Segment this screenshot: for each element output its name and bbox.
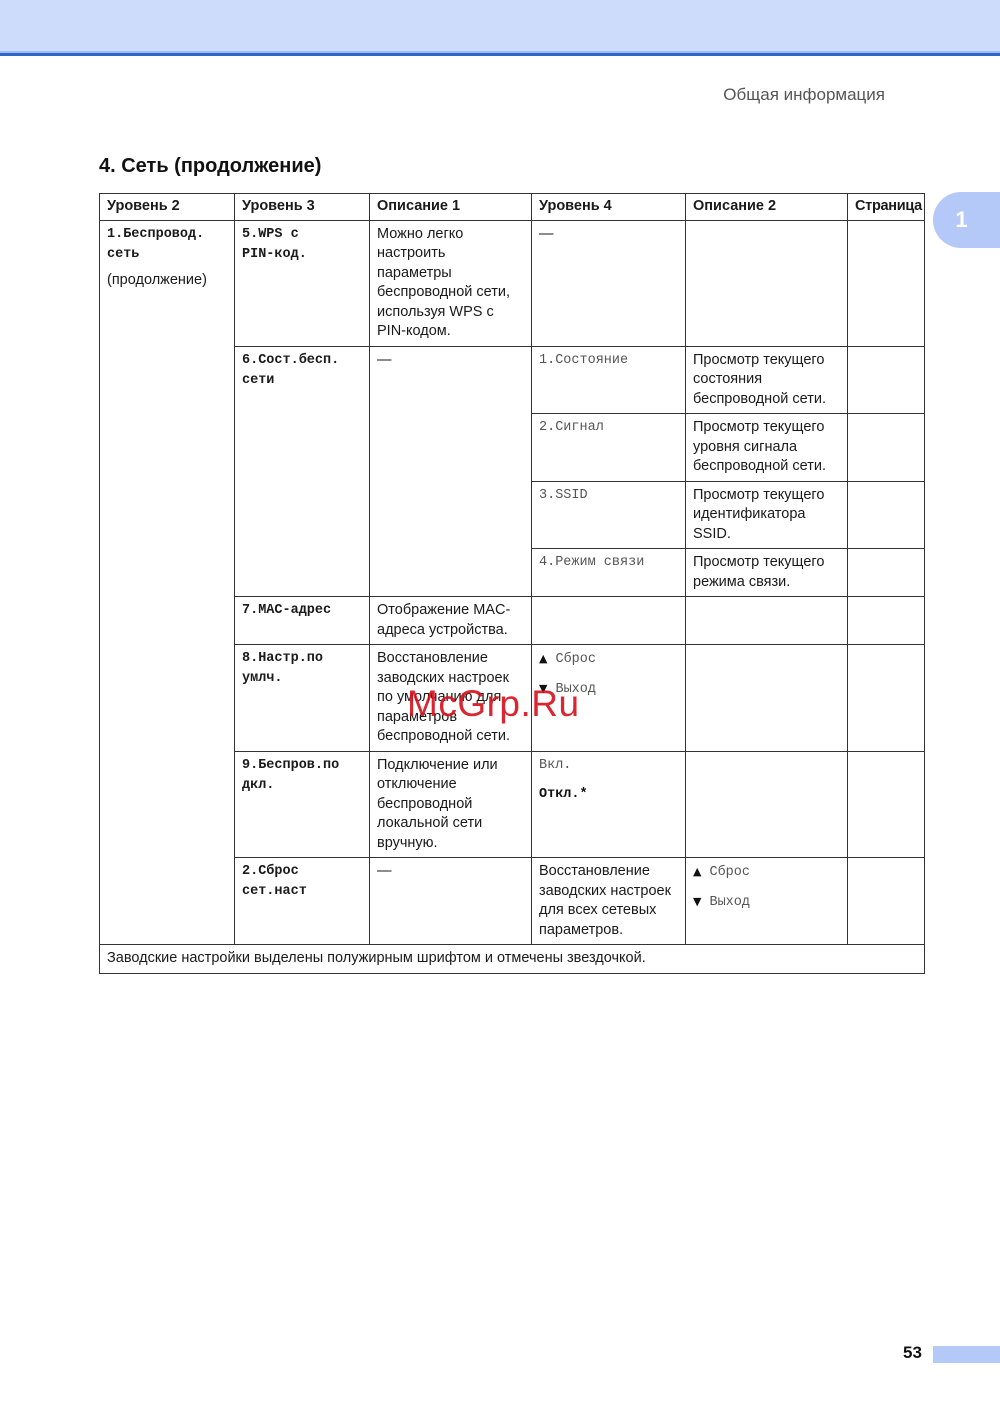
description-wlan-enable: Подключение или отключение беспроводной … [370, 751, 532, 858]
options-network-reset: ▲Сброс ▼Выход [686, 858, 848, 945]
description-mac-address: Отображение MAC-адреса устройства. [370, 597, 532, 645]
page-mac-address [848, 597, 925, 645]
table-footnote: Заводские настройки выделены полужирным … [100, 945, 925, 974]
table-header-row: Уровень 2 Уровень 3 Описание 1 Уровень 4… [100, 194, 925, 221]
menu-item-mac-address: 7.MAC-адрес [235, 597, 370, 645]
description-wlan-status: — [370, 346, 532, 597]
description2-signal: Просмотр текущего уровня сигнала беспров… [686, 414, 848, 482]
section-title: 4. Сеть (продолжение) [99, 155, 321, 178]
submenu-item-status: 1.Состояние [532, 346, 686, 414]
arrow-up-icon: ▲ [693, 865, 701, 878]
submenu-item-ssid: 3.SSID [532, 481, 686, 549]
column-header-level4: Уровень 4 [532, 194, 686, 221]
column-header-level2: Уровень 2 [100, 194, 235, 221]
arrow-down-icon: ▼ [693, 895, 701, 908]
page-ssid [848, 481, 925, 549]
menu-item-wps-pin: 5.WPS с PIN-код. [235, 220, 370, 346]
description-wps-pin: Можно легко настроить параметры беспрово… [370, 220, 532, 346]
chapter-number: 1 [955, 207, 967, 233]
level2-cell-wireless: 1.Беспровод. сеть (продолжение) [100, 220, 235, 945]
column-header-level3: Уровень 3 [235, 194, 370, 221]
column-header-description1: Описание 1 [370, 194, 532, 221]
menu-item-wlan-enable: 9.Беспров.по дкл. [235, 751, 370, 858]
submenu-item-signal: 2.Сигнал [532, 414, 686, 482]
chapter-tab: 1 [933, 192, 1000, 248]
option-off-default: Откл.* [539, 785, 678, 805]
description2-status: Просмотр текущего состояния беспроводной… [686, 346, 848, 414]
table-row: 1.Беспровод. сеть (продолжение) 5.WPS с … [100, 220, 925, 346]
level3-network-reset: — [370, 858, 532, 945]
description-network-reset: Восстановление заводских настроек для вс… [532, 858, 686, 945]
menu-item-network-reset: 2.Сброс сет.наст [235, 858, 370, 945]
submenu-item-comm-mode: 4.Режим связи [532, 549, 686, 597]
arrow-up-icon: ▲ [539, 652, 547, 665]
description2-wps-pin [686, 220, 848, 346]
page-number: 53 [903, 1343, 922, 1363]
description2-ssid: Просмотр текущего идентификатора SSID. [686, 481, 848, 549]
options-wlan-enable: Вкл. Откл.* [532, 751, 686, 858]
menu-item-default-settings: 8.Настр.по умлч. [235, 645, 370, 752]
description2-wlan-enable [686, 751, 848, 858]
option-exit: ▼Выход [693, 892, 840, 913]
page-wps-pin [848, 220, 925, 346]
table-footnote-row: Заводские настройки выделены полужирным … [100, 945, 925, 974]
page-comm-mode [848, 549, 925, 597]
description2-default-settings [686, 645, 848, 752]
option-reset: ▲Сброс [693, 862, 840, 883]
page-status [848, 346, 925, 414]
level4-mac-address [532, 597, 686, 645]
menu-item-wlan-status: 6.Сост.бесп. сети [235, 346, 370, 597]
continued-note: (продолжение) [107, 271, 227, 291]
description2-comm-mode: Просмотр текущего режима связи. [686, 549, 848, 597]
page-number-bar [933, 1346, 1000, 1363]
running-header-title: Общая информация [723, 85, 885, 105]
column-header-description2: Описание 2 [686, 194, 848, 221]
level4-wps-pin: — [532, 220, 686, 346]
page-signal [848, 414, 925, 482]
menu-item-wireless-network: 1.Беспровод. сеть [107, 225, 227, 265]
option-on: Вкл. [539, 756, 678, 776]
column-header-page: Страница [848, 194, 925, 221]
page-wlan-enable [848, 751, 925, 858]
top-header-band [0, 0, 1000, 56]
menu-table: Уровень 2 Уровень 3 Описание 1 Уровень 4… [99, 193, 925, 974]
description2-network-reset [848, 858, 925, 945]
page-default-settings [848, 645, 925, 752]
description2-mac-address [686, 597, 848, 645]
watermark: McGrp.Ru [407, 683, 580, 725]
option-reset: ▲Сброс [539, 649, 678, 670]
